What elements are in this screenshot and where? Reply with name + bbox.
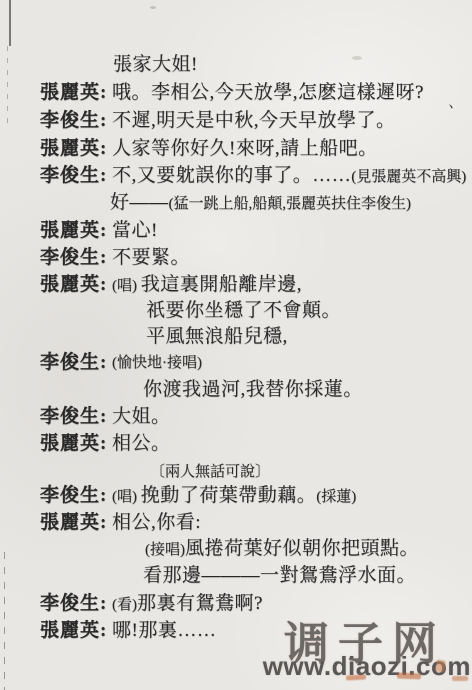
dialogue-text: 不遲,明天是中秋,今天早放學了。 bbox=[112, 110, 396, 132]
stage-direction: (接唱) bbox=[145, 542, 185, 558]
speaker-name: 張麗英: bbox=[40, 220, 107, 242]
speaker-name: 張麗英: bbox=[40, 82, 107, 104]
stage-direction: (採蓮) bbox=[316, 489, 356, 505]
stage-direction: (唱) bbox=[112, 489, 141, 505]
speaker-name: 張麗英: bbox=[40, 433, 107, 455]
speaker-name: 李俊生: bbox=[40, 406, 107, 428]
dialogue-text: 不,又要躭誤你的事了。…… bbox=[112, 165, 351, 186]
speaker-name: 李俊生: bbox=[40, 247, 107, 269]
scan-edge-line bbox=[4, 552, 5, 690]
dialogue-text: 人家等你好久!來呀,請上船吧。 bbox=[112, 138, 378, 160]
stage-direction: (唱) bbox=[112, 278, 141, 294]
scan-artifact bbox=[150, 6, 156, 9]
dialogue-text: 大姐。 bbox=[112, 406, 171, 428]
scan-artifact: 、 bbox=[448, 91, 466, 114]
stage-direction: 〔兩人無話可說〕 bbox=[150, 461, 270, 483]
dialogue-text: 哪!那裏…… bbox=[112, 620, 216, 642]
stage-direction: (愉快地·接唱) bbox=[112, 352, 202, 374]
stage-direction: (猛一跳上船,船顛,張麗英扶住李俊生) bbox=[169, 196, 412, 212]
sung-line: 平風無浪船兒穩, bbox=[146, 326, 288, 348]
dialogue-text: 當心! bbox=[112, 220, 158, 242]
dialogue-text: 不要緊。 bbox=[112, 247, 190, 269]
speaker-name: 張麗英: bbox=[40, 274, 107, 296]
dialogue-text: 相公。 bbox=[112, 433, 171, 455]
speaker-name: 李俊生: bbox=[40, 593, 107, 615]
stage-direction: (見張麗英不高興) bbox=[351, 169, 466, 185]
dialogue-text: 張家大姐! bbox=[113, 54, 198, 76]
sung-line: 挽動了荷葉帶動藕。 bbox=[141, 485, 317, 506]
sung-line: 看那邊———一對鴛鴦浮水面。 bbox=[143, 565, 416, 587]
dialogue-text: 那裏有鴛鴦啊? bbox=[137, 593, 263, 614]
watermark-artifact bbox=[397, 673, 421, 680]
scanned-script-page: 、 張家大姐! 張麗英: 哦。李相公,今天放學,怎麽這樣遲呀? 李俊生: 不遲,… bbox=[0, 0, 472, 690]
sung-line: 祇要你坐穩了不會顛。 bbox=[146, 300, 341, 322]
scan-edge-line bbox=[7, 46, 8, 124]
speaker-name: 李俊生: bbox=[40, 165, 107, 187]
dialogue-text: 相公,你看: bbox=[112, 512, 201, 534]
stage-direction: (看) bbox=[112, 597, 137, 613]
scan-artifact bbox=[352, 56, 362, 60]
sung-line: 你渡我過河,我替你採蓮。 bbox=[143, 379, 363, 401]
speaker-name: 張麗英: bbox=[40, 138, 107, 160]
dialogue-text: 哦。李相公,今天放學,怎麽這樣遲呀? bbox=[112, 82, 424, 104]
sung-line: 風捲荷葉好似朝你把頭點。 bbox=[185, 538, 419, 559]
speaker-name: 李俊生: bbox=[40, 352, 107, 374]
speaker-name: 李俊生: bbox=[40, 110, 107, 132]
sung-line: 我這裏開船離岸邊, bbox=[141, 274, 302, 295]
speaker-name: 李俊生: bbox=[40, 485, 107, 507]
dialogue-text: 好—— bbox=[110, 192, 169, 213]
speaker-name: 張麗英: bbox=[40, 512, 107, 534]
scan-edge-line bbox=[9, 0, 11, 46]
watermark-artifact bbox=[346, 674, 366, 680]
watermark-artifact bbox=[452, 676, 468, 681]
speaker-name: 張麗英: bbox=[40, 620, 107, 642]
